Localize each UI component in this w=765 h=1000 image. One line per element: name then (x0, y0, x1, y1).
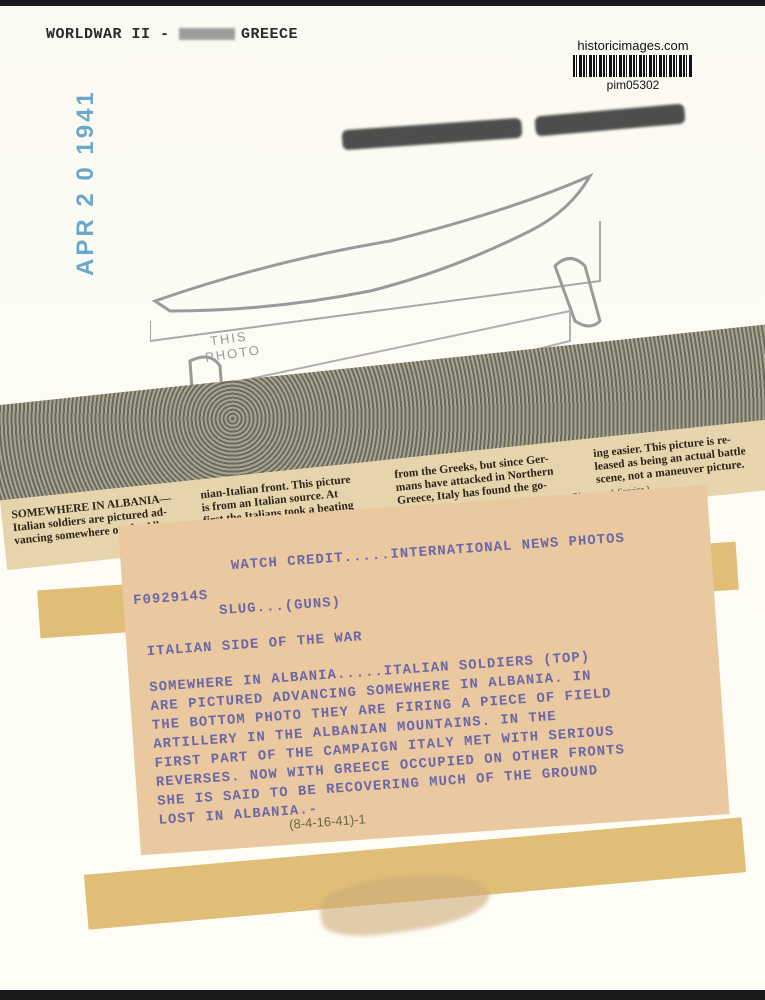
title-suffix: GREECE (241, 26, 298, 43)
title-prefix: WORLDWAR II - (46, 26, 170, 43)
redacted-word (179, 28, 235, 40)
barcode-id: pim05302 (568, 78, 698, 92)
barcode-label: historicimages.com pim05302 (568, 38, 698, 92)
caption-card: WATCH CREDIT.....INTERNATIONAL NEWS PHOT… (118, 485, 730, 855)
slug-line: SLUG...(GUNS) (219, 595, 342, 619)
headline: ITALIAN SIDE OF THE WAR (146, 629, 363, 660)
credit-line: WATCH CREDIT.....INTERNATIONAL NEWS PHOT… (231, 531, 626, 575)
marker-redaction-2 (534, 104, 685, 137)
photo-code: F092914S (133, 588, 209, 609)
caption-col-4: ing easier. This picture is re- leased a… (593, 432, 748, 487)
header-title: WORLDWAR II - GREECE (46, 26, 298, 43)
photo-back-paper: WORLDWAR II - GREECE historicimages.com … (0, 6, 765, 990)
marker-redaction-1 (342, 118, 523, 151)
barcode-site: historicimages.com (568, 38, 698, 53)
barcode-icon (573, 55, 693, 77)
date-stamp: APR 2 0 1941 (72, 89, 100, 276)
